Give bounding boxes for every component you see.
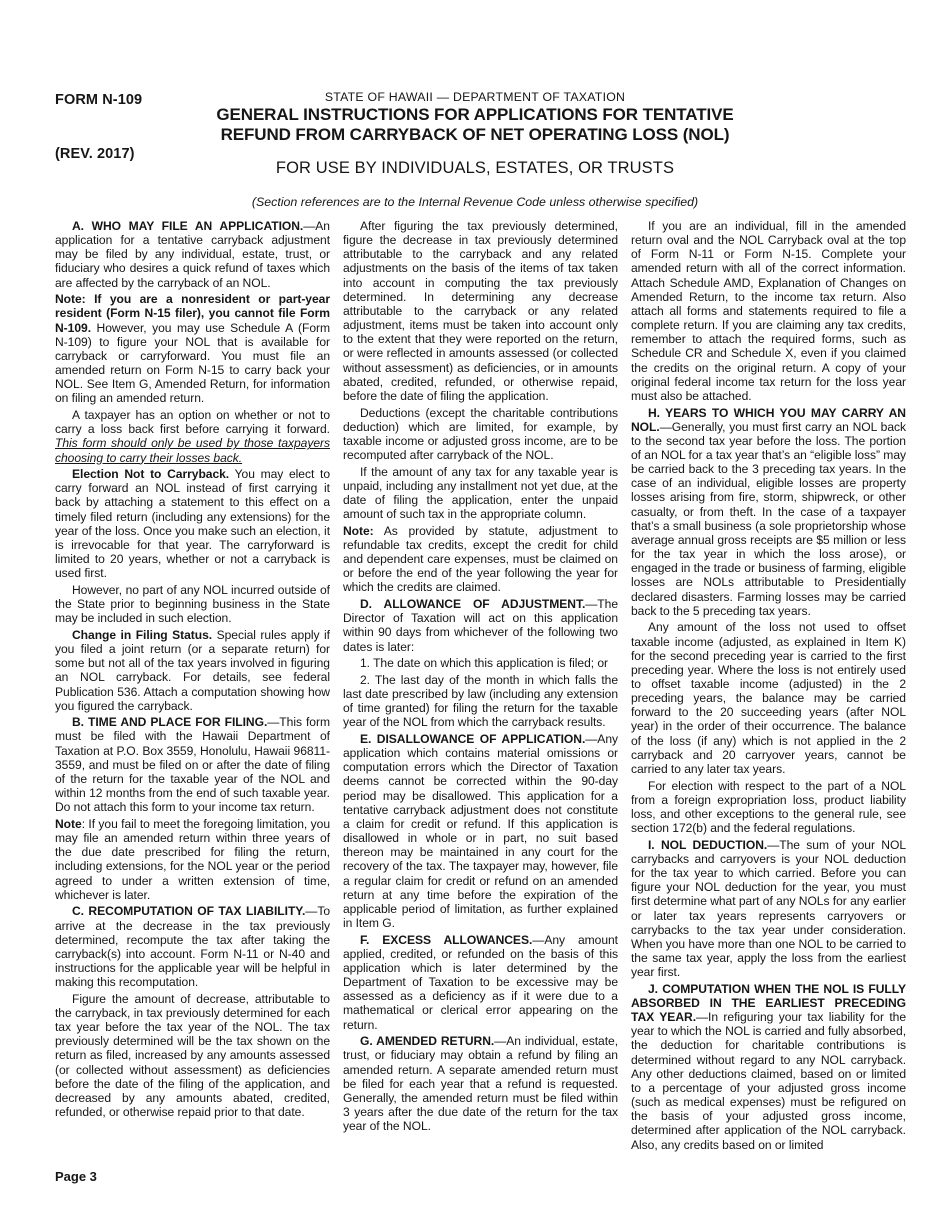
heading-run: A. WHO MAY FILE AN APPLICATION.	[72, 219, 303, 233]
heading-run: B. TIME AND PLACE FOR FILING.	[72, 715, 267, 729]
text-run: If the amount of any tax for any taxable…	[343, 465, 618, 521]
text-column-1: A. WHO MAY FILE AN APPLICATION.—An appli…	[55, 219, 330, 1154]
note-refundable-credits: Note: As provided by statute, adjustment…	[343, 524, 618, 595]
text-run: 2. The last day of the month in which fa…	[343, 673, 618, 729]
text-run: —Generally, you must first carry an NOL …	[631, 420, 906, 618]
section-j-computation: J. COMPUTATION WHEN THE NOL IS FULLY ABS…	[631, 982, 906, 1152]
text-run: As provided by statute, adjustment to re…	[343, 524, 618, 595]
heading-run: D. ALLOWANCE OF ADJUSTMENT.	[360, 597, 585, 611]
text-run: For election with respect to the part of…	[631, 779, 906, 835]
document-title: GENERAL INSTRUCTIONS FOR APPLICATIONS FO…	[0, 105, 950, 144]
section-i-nol-deduction: I. NOL DEDUCTION.—The sum of your NOL ca…	[631, 838, 906, 980]
agency-line: STATE OF HAWAII — DEPARTMENT OF TAXATION	[0, 90, 950, 104]
text-run: If you are an individual, fill in the am…	[631, 219, 906, 403]
section-references-note: (Section references are to the Internal …	[0, 195, 950, 209]
text-run: —In refiguring your tax liability for th…	[631, 1010, 906, 1151]
text-run: —Any amount applied, credited, or refund…	[343, 933, 618, 1032]
heading-run: E. DISALLOWANCE OF APPLICATION.	[360, 732, 585, 746]
text-run: Deductions (except the charitable contri…	[343, 406, 618, 462]
list-item-2: 2. The last day of the month in which fa…	[343, 673, 618, 730]
heading-run: F. EXCESS ALLOWANCES.	[360, 933, 532, 947]
list-item-1: 1. The date on which this application is…	[343, 656, 618, 670]
change-in-filing-status: Change in Filing Status. Special rules a…	[55, 628, 330, 713]
heading-run: G. AMENDED RETURN.	[360, 1034, 494, 1048]
loss-not-used-offset: Any amount of the loss not used to offse…	[631, 620, 906, 776]
text-run: However, you may use Schedule A (Form N-…	[55, 321, 330, 406]
title-line-1: GENERAL INSTRUCTIONS FOR APPLICATIONS FO…	[216, 105, 733, 124]
section-b-time-and-place: B. TIME AND PLACE FOR FILING.—This form …	[55, 715, 330, 814]
section-a-who-may-file: A. WHO MAY FILE AN APPLICATION.—An appli…	[55, 219, 330, 290]
section-g-amended-return: G. AMENDED RETURN.—An individual, estate…	[343, 1034, 618, 1133]
document-subtitle: FOR USE BY INDIVIDUALS, ESTATES, OR TRUS…	[0, 159, 950, 178]
figure-amount-of-decrease: Figure the amount of decrease, attributa…	[55, 992, 330, 1119]
heading-run: Note:	[343, 524, 374, 538]
title-line-2: REFUND FROM CARRYBACK OF NET OPERATING L…	[221, 125, 730, 144]
after-figuring-tax: After figuring the tax previously determ…	[343, 219, 618, 403]
page-number: Page 3	[55, 1169, 97, 1184]
text-run: However, no part of any NOL incurred out…	[55, 583, 330, 625]
text-run: —Any application which contains material…	[343, 732, 618, 930]
taxpayer-option: A taxpayer has an option on whether or n…	[55, 408, 330, 465]
text-run: A taxpayer has an option on whether or n…	[55, 408, 330, 436]
section-c-recomputation: C. RECOMPUTATION OF TAX LIABILITY.—To ar…	[55, 904, 330, 989]
text-column-2: After figuring the tax previously determ…	[343, 219, 618, 1154]
text-run: You may elect to carry forward an NOL in…	[55, 467, 330, 580]
section-h-years-to-carry: H. YEARS TO WHICH YOU MAY CARRY AN NOL.—…	[631, 406, 906, 618]
text-run: 1. The date on which this application is…	[360, 656, 608, 670]
nol-outside-state: However, no part of any NOL incurred out…	[55, 583, 330, 625]
text-run: This form should only be used by those t…	[55, 436, 330, 464]
text-run: After figuring the tax previously determ…	[343, 219, 618, 403]
section-e-disallowance: E. DISALLOWANCE OF APPLICATION.—Any appl…	[343, 732, 618, 930]
document-page: FORM N-109 (REV. 2017) STATE OF HAWAII —…	[0, 0, 950, 1230]
election-foreign-expropriation: For election with respect to the part of…	[631, 779, 906, 836]
section-f-excess-allowances: F. EXCESS ALLOWANCES.—Any amount applied…	[343, 933, 618, 1032]
note-nonresident: Note: If you are a nonresident or part-y…	[55, 292, 330, 405]
text-run: Any amount of the loss not used to offse…	[631, 620, 906, 776]
text-column-3: If you are an individual, fill in the am…	[631, 219, 906, 1154]
text-run: Figure the amount of decrease, attributa…	[55, 992, 330, 1119]
deductions-recomputed: Deductions (except the charitable contri…	[343, 406, 618, 463]
text-run: —An individual, estate, trust, or fiduci…	[343, 1034, 618, 1133]
heading-run: C. RECOMPUTATION OF TAX LIABILITY.	[72, 904, 305, 918]
section-d-allowance: D. ALLOWANCE OF ADJUSTMENT.—The Director…	[343, 597, 618, 654]
note-limitation: Note: If you fail to meet the foregoing …	[55, 817, 330, 902]
heading-run: Change in Filing Status.	[72, 628, 212, 642]
instructions-columns: A. WHO MAY FILE AN APPLICATION.—An appli…	[55, 219, 907, 1154]
text-run: —This form must be filed with the Hawaii…	[55, 715, 330, 814]
text-run: —The sum of your NOL carrybacks and carr…	[631, 838, 906, 979]
unpaid-tax: If the amount of any tax for any taxable…	[343, 465, 618, 522]
individual-amended-oval: If you are an individual, fill in the am…	[631, 219, 906, 403]
heading-run: I. NOL DEDUCTION.	[648, 838, 767, 852]
document-header: STATE OF HAWAII — DEPARTMENT OF TAXATION…	[0, 90, 950, 209]
election-not-to-carryback: Election Not to Carryback. You may elect…	[55, 467, 330, 580]
heading-run: Election Not to Carryback.	[72, 467, 229, 481]
text-run: : If you fail to meet the foregoing limi…	[55, 817, 330, 902]
heading-run: Note	[55, 817, 82, 831]
